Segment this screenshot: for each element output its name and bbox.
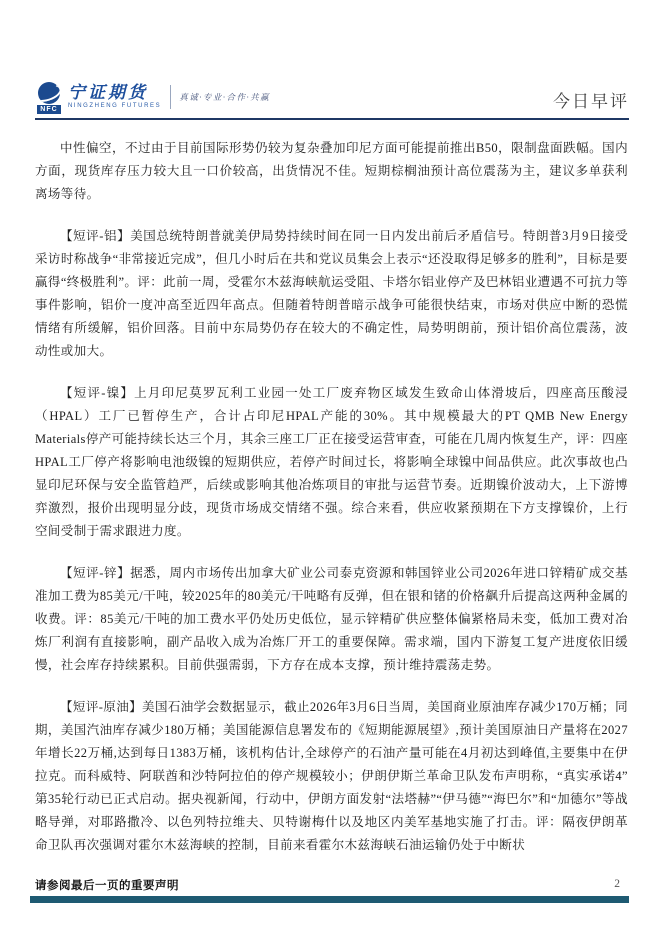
logo-divider <box>170 85 171 109</box>
logo-mark: NFC <box>35 82 63 114</box>
paragraph-palm-oil: 中性偏空，不过由于目前国际形势仍较为复杂叠加印尼方面可能提前推出B50，限制盘面… <box>35 137 628 206</box>
brand-name-cn: 宁证期货 <box>68 83 161 102</box>
nfc-label: NFC <box>37 105 60 114</box>
report-page: NFC 宁证期货 NINGZHENG FUTURES 真诚·专业·合作·共赢 今… <box>0 0 662 936</box>
paragraph-zinc: 【短评-锌】据悉，周内市场传出加拿大矿业公司泰克资源和韩国锌业公司2026年进口… <box>35 562 628 677</box>
company-logo: NFC 宁证期货 NINGZHENG FUTURES 真诚·专业·合作·共赢 <box>35 82 270 114</box>
footer-disclaimer: 请参阅最后一页的重要声明 <box>35 877 179 893</box>
report-body: 中性偏空，不过由于目前国际形势仍较为复杂叠加印尼方面可能提前推出B50，限制盘面… <box>35 137 628 876</box>
paragraph-nickel: 【短评-镍】上月印尼莫罗瓦利工业园一处工厂废弃物区域发生致命山体滑坡后，四座高压… <box>35 382 628 543</box>
globe-logo-icon <box>38 82 60 104</box>
brand-name-en: NINGZHENG FUTURES <box>68 103 161 109</box>
page-number: 2 <box>614 878 620 890</box>
brand-block: 宁证期货 NINGZHENG FUTURES <box>68 83 161 109</box>
brand-slogan: 真诚·专业·合作·共赢 <box>179 91 270 103</box>
page-header: NFC 宁证期货 NINGZHENG FUTURES 真诚·专业·合作·共赢 今… <box>35 82 629 120</box>
footer-bar <box>30 896 629 903</box>
paragraph-aluminum: 【短评-铝】美国总统特朗普就美伊局势持续时间在同一日内发出前后矛盾信号。特朗普3… <box>35 225 628 363</box>
page-title: 今日早评 <box>553 87 629 112</box>
paragraph-crude-oil: 【短评-原油】美国石油学会数据显示，截止2026年3月6日当周，美国商业原油库存… <box>35 696 628 857</box>
